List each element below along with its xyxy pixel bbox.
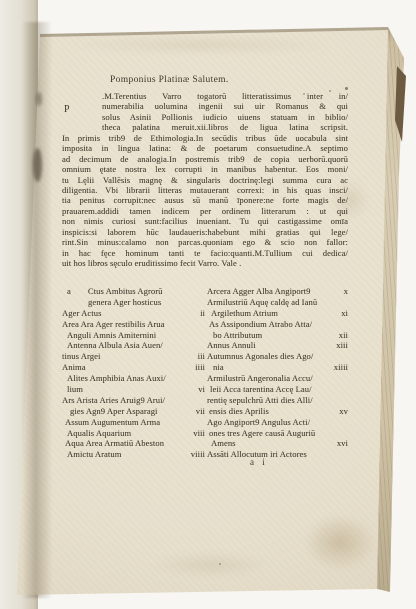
index-leaf-number: xiii — [333, 340, 348, 351]
index-entry-text: ensis dies Aprilis — [209, 406, 269, 417]
paragraph-line: uit hos libros sęculo eruditissimo fecit… — [62, 258, 348, 268]
index-entry: Armilustrū Angeronalia Accu/ — [207, 373, 348, 384]
index-entry: Amens xvi — [207, 438, 348, 449]
index-entry-text: genera Ager hosticus — [88, 297, 161, 308]
paragraph-line: tia penitus corrupit:nec ausus sū manū ī… — [62, 195, 348, 205]
index-leaf-number: ii — [197, 308, 205, 319]
index-entry: gies Agn9 Aper Asparagi vii — [62, 406, 205, 417]
index-entry-text: Assum Augumentum Arma — [65, 417, 160, 428]
index-entry-text: As Assipondium Atrabo Atta/ — [209, 319, 312, 330]
index-entry-text: Anima — [62, 362, 86, 373]
index-entry-text: Armilustrū Angeronalia Accu/ — [207, 373, 313, 384]
index-leaf-number: xvi — [334, 438, 348, 449]
index-leaf-number: iii — [195, 351, 205, 362]
printed-text: Pomponius Platinæ Salutem. P .M.Terentiu… — [0, 0, 416, 609]
index-entry-text: Ars Arista Aries Aruig9 Arui/ — [62, 395, 165, 406]
index-entry: Ager Actus ii — [62, 308, 205, 319]
index-entry: Anima iiii — [62, 362, 205, 373]
paragraph-line: rint.Sin minus:calamo non parcas.quoniam… — [62, 237, 348, 247]
index-entry-text: nia — [213, 362, 224, 373]
index-leaf-number: xiiii — [331, 362, 348, 373]
index-entry: tinus Argei iii — [62, 351, 205, 362]
index-entry-text: gies Agn9 Aper Asparagi — [70, 406, 158, 417]
index-leaf-number: viii — [190, 428, 205, 439]
index-leaf-number: x — [341, 286, 348, 297]
index-entry-text: Annus Annuli — [207, 340, 256, 351]
index-entry-text: bo Attributum — [213, 330, 262, 341]
index-entry: Armilustriū Aquę caldę ad Ianū — [207, 297, 348, 308]
index-entry-text: Armilustriū Aquę caldę ad Ianū — [207, 297, 317, 308]
paragraph-line: in hac fęce hominum tanti te facio:quant… — [62, 248, 348, 258]
index-entry-text: ones tres Agere causā Auguriū — [209, 428, 315, 439]
alphabetical-index: a Ctus Ambitus Agrorū genera Ager hostic… — [62, 286, 348, 460]
index-entry: leii Acca tarentina Accę Lau/ — [207, 384, 348, 395]
index-leaf-number: iiii — [192, 362, 205, 373]
index-entry-text: Aqualis Aquarium — [67, 428, 131, 439]
index-entry: Amictu Aratum viiii — [62, 449, 205, 460]
index-entry: Ars Arista Aries Aruig9 Arui/ — [62, 395, 205, 406]
index-entry-text: Amens — [211, 438, 236, 449]
index-entry: lium vi — [62, 384, 205, 395]
index-entry: Anguli Amnis Amiternini — [62, 330, 205, 341]
index-entry: Assāti Allocutum iri Actores — [207, 449, 348, 460]
paragraph-line: non nimis curiosi sunt:facilius inuenian… — [62, 216, 348, 226]
index-leaf-number: xii — [336, 330, 348, 341]
index-entry-text: Ago Angiport9 Angulus Acti/ — [207, 417, 310, 428]
index-entry-text: Antenna Albula Asia Auen/ — [67, 340, 163, 351]
page-heading: Pomponius Platinæ Salutem. — [110, 75, 310, 85]
index-entry: bo Attributum xii — [207, 330, 348, 341]
index-guide-letter: a — [62, 286, 71, 297]
index-entry: genera Ager hosticus — [62, 297, 205, 308]
dedication-paragraph: .M.Terentius Varro togatorū litteratissi… — [62, 91, 348, 268]
index-entry: Antenna Albula Asia Auen/ — [62, 340, 205, 351]
index-entry: Assum Augumentum Arma — [62, 417, 205, 428]
index-entry-text: Anguli Amnis Amiternini — [67, 330, 156, 341]
index-entry: Annus Annuli xiii — [207, 340, 348, 351]
index-entry-text: Amictu Aratum — [67, 449, 121, 460]
index-leaf-number: vii — [193, 406, 205, 417]
index-entry-text: rentię sepulchrū Atti dies Alli/ — [207, 395, 313, 406]
index-right-column: Arcera Agger Alba Angiport9 x Armilustri… — [207, 286, 348, 460]
paragraph-line: diligentia. Vbi librarii litteras mutaue… — [62, 185, 348, 195]
index-entry: rentię sepulchrū Atti dies Alli/ — [207, 395, 348, 406]
index-entry: ensis dies Aprilis xv — [207, 406, 348, 417]
paragraph-line: .M.Terentius Varro togatorū litteratissi… — [62, 91, 348, 101]
index-left-column: a Ctus Ambitus Agrorū genera Ager hostic… — [62, 286, 205, 460]
index-entry: Argilethum Atrium xi — [207, 308, 348, 319]
paragraph-line: ad decimum de analogia.In postremis trib… — [62, 154, 348, 164]
paragraph-line: imposita in lingua latina: & de poetarum… — [62, 143, 348, 153]
quire-signature: a i — [250, 457, 268, 467]
index-entry-text: Ctus Ambitus Agrorū — [88, 286, 163, 297]
paragraph-line: omnium ętate nostra lex corrupti in mani… — [62, 164, 348, 174]
index-entry: nia xiiii — [207, 362, 348, 373]
index-leaf-number: vi — [195, 384, 205, 395]
index-entry-text: Aqua Area Armatiū Abeston — [65, 438, 164, 449]
index-entry-text: leii Acca tarentina Accę Lau/ — [210, 384, 312, 395]
index-entry-text: tinus Argei — [62, 351, 101, 362]
index-entry-text: lium — [67, 384, 83, 395]
index-entry-text: Arcera Agger Alba Angiport9 — [207, 286, 311, 297]
paragraph-line: solus Asinii Pollionis iudicio uiuens st… — [62, 112, 348, 122]
paragraph-line: tu Lęlii Vallēsis magnę & singularis doc… — [62, 175, 348, 185]
index-leaf-number: xi — [338, 308, 348, 319]
index-entry: Area Ara Ager restibilis Arua — [62, 319, 205, 330]
index-entry: Ago Angiport9 Angulus Acti/ — [207, 417, 348, 428]
index-entry: As Assipondium Atrabo Atta/ — [207, 319, 348, 330]
index-leaf-number: viiii — [188, 449, 205, 460]
index-entry-text: Alites Amphibia Anas Auxi/ — [67, 373, 166, 384]
book-photo: Pomponius Platinæ Salutem. P .M.Terentiu… — [0, 0, 416, 609]
index-entry: ones tres Agere causā Auguriū — [207, 428, 348, 439]
index-leaf-number: xv — [336, 406, 348, 417]
index-entry-text: Ager Actus — [62, 308, 101, 319]
index-entry: Arcera Agger Alba Angiport9 x — [207, 286, 348, 297]
paragraph-line: numerabilia uolumina ingenii sui uir Rom… — [62, 101, 348, 111]
index-entry: a Ctus Ambitus Agrorū — [62, 286, 205, 297]
paragraph-line: inspicis:si laborem hūc laudaueris:habeb… — [62, 227, 348, 237]
index-entry: Alites Amphibia Anas Auxi/ — [62, 373, 205, 384]
paragraph-line: In primis trib9 de Ethimologia.In secūdi… — [62, 133, 348, 143]
index-entry: Aqualis Aquarium viii — [62, 428, 205, 439]
paragraph-line: prauarem.addidi tamen indicem per ordine… — [62, 206, 348, 216]
index-entry-text: Area Ara Ager restibilis Arua — [62, 319, 165, 330]
index-entry-text: Argilethum Atrium — [211, 308, 278, 319]
index-entry: Aqua Area Armatiū Abeston — [62, 438, 205, 449]
index-entry-text: Autumnus Agonales dies Ago/ — [207, 351, 313, 362]
paragraph-line: theca palatina meruit.xii.libros de ligu… — [62, 122, 348, 132]
index-entry: Autumnus Agonales dies Ago/ — [207, 351, 348, 362]
